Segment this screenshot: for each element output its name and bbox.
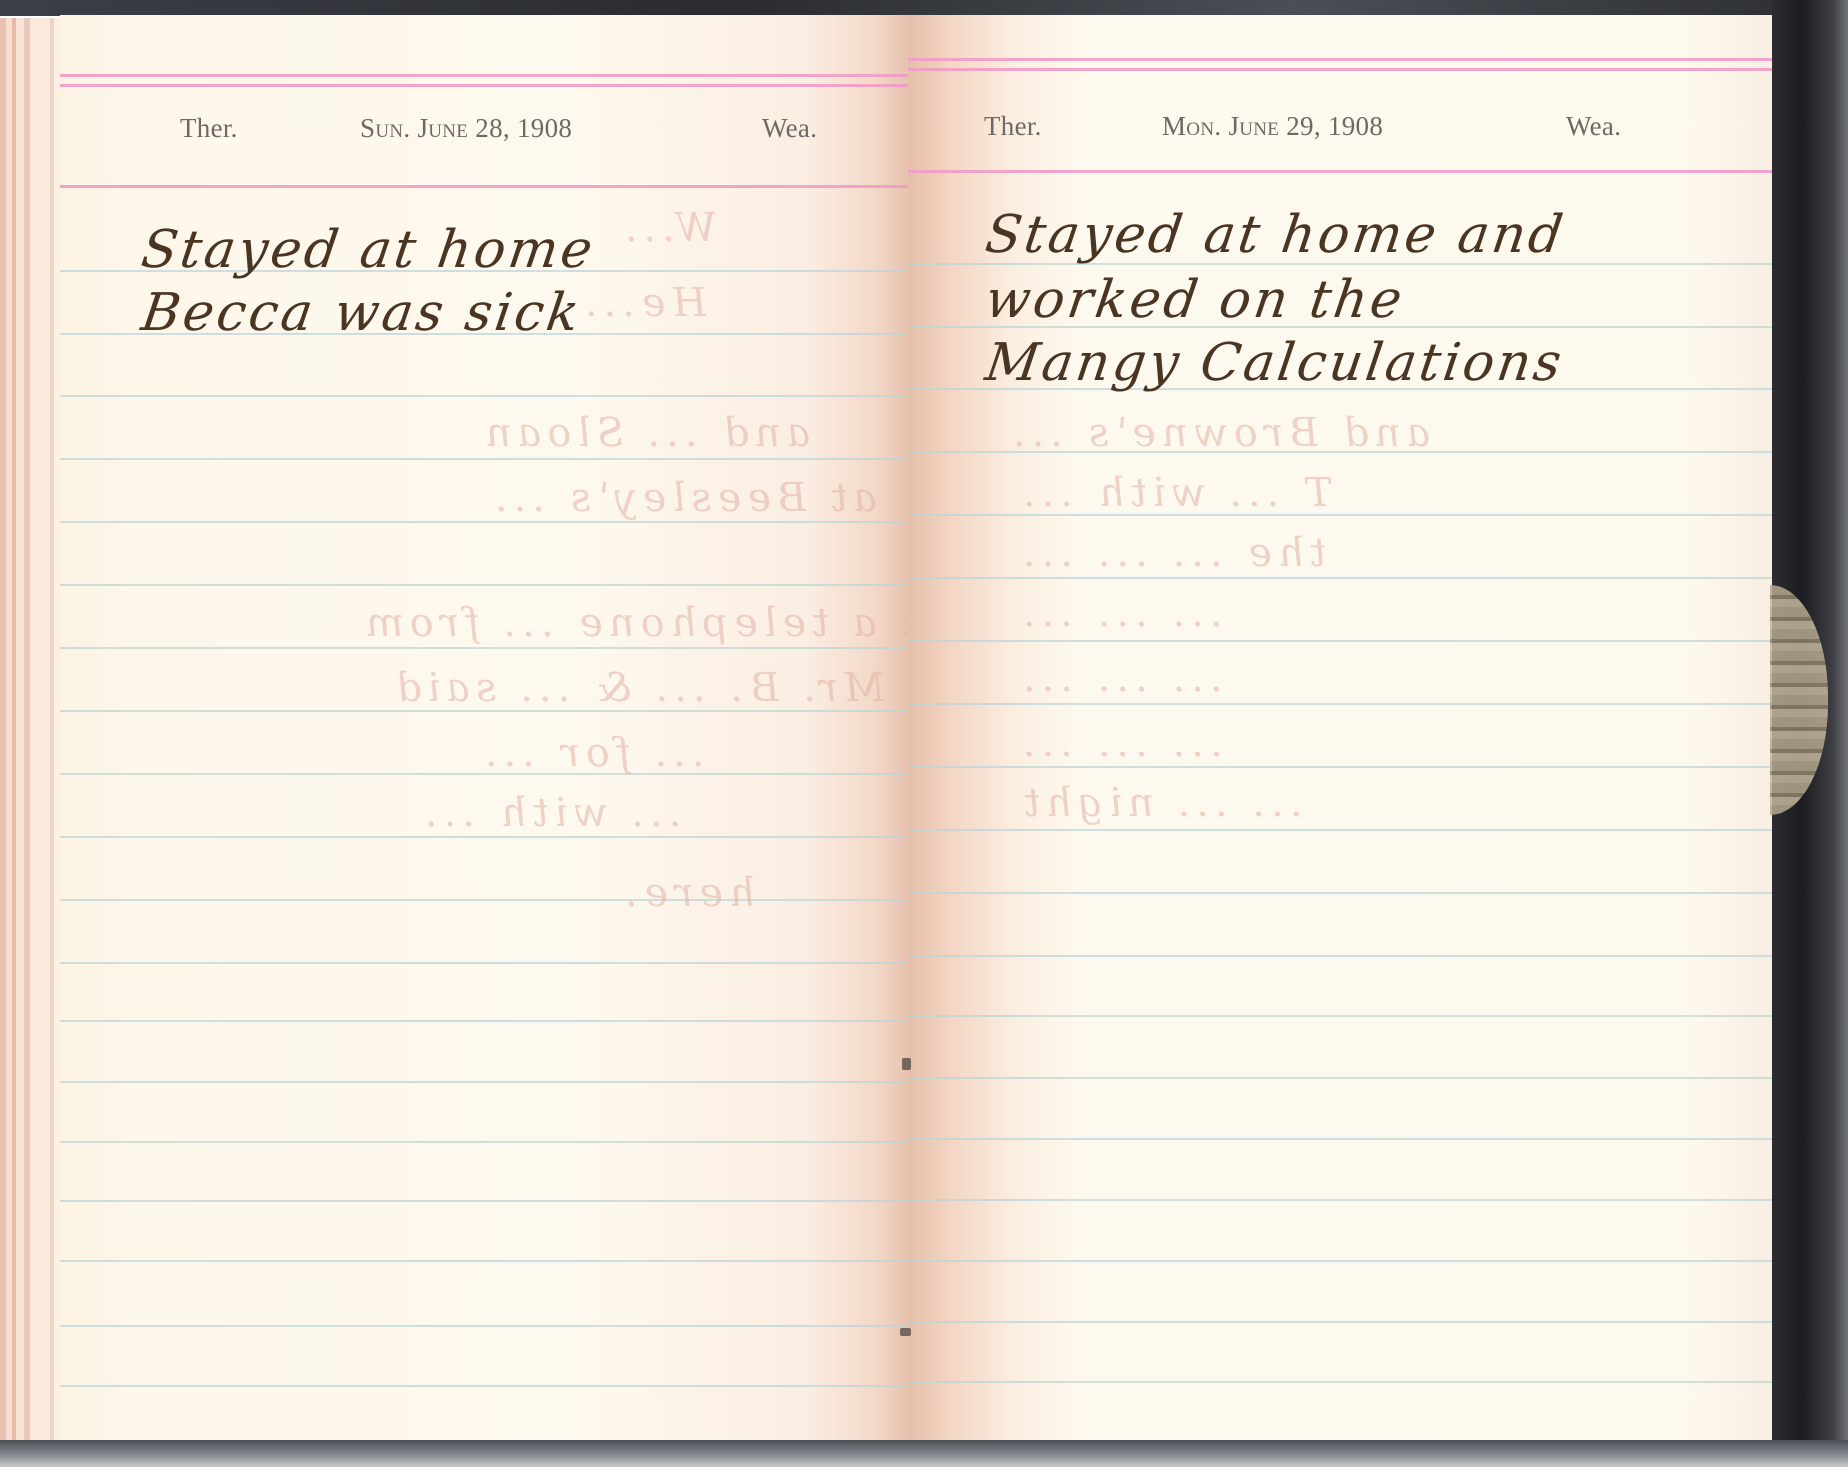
ruled-line [908,1321,1774,1323]
bleed-through-text: T ... with ... [1016,470,1335,516]
ruled-line [60,458,908,460]
ruled-line [908,640,1774,642]
ruled-line [908,1381,1774,1383]
ther-label: Ther. [180,113,238,144]
ruled-line [908,1077,1774,1079]
binding-stitch-mark [902,1058,911,1070]
wea-label: Wea. [1566,111,1621,142]
wea-label: Wea. [762,113,817,144]
ruled-line [908,577,1774,579]
bleed-through-text: He... [578,280,710,326]
header-underline-rule [60,185,908,188]
ruled-line [908,955,1774,957]
bleed-through-text: W... [618,205,719,251]
ruled-line [60,521,908,523]
header-double-rule-bottom [60,84,908,87]
ruled-line [60,1020,908,1022]
ruled-line [908,829,1774,831]
handwritten-entry-line: Mangy Calculations [982,333,1568,393]
header-double-rule-top [60,74,908,77]
handwritten-entry-line: worked on the [982,270,1409,330]
bleed-through-text: Mr. B. ... & ... said [388,665,888,711]
bleed-through-text: the ... ... ... [1016,530,1329,576]
ruled-line [60,962,908,964]
page-date: Mon. June 29, 1908 [1162,111,1383,142]
left-page: Ther. Sun. June 28, 1908 Wea. W... He...… [60,15,908,1445]
ruled-line [60,836,908,838]
bleed-through-text: here. [618,870,758,916]
ruled-line [908,1199,1774,1201]
ruled-line [60,584,908,586]
page-date: Sun. June 28, 1908 [360,113,572,144]
ruled-line [60,1081,908,1083]
scanner-top-edge [0,0,1848,16]
ruled-line [908,703,1774,705]
ruled-line [60,1325,908,1327]
handwritten-entry-line: Stayed at home [138,220,599,280]
ruled-line [908,892,1774,894]
ruled-line [60,1200,908,1202]
ruled-line [60,899,908,901]
bleed-through-text: ... ... night [1016,780,1307,826]
diary-scan: Ther. Sun. June 28, 1908 Wea. W... He...… [0,0,1848,1479]
ruled-line [60,1260,908,1262]
bleed-through-text: ... for ... [478,730,709,776]
bleed-through-text: at Beesley's ... [488,475,880,521]
binding-stitch-mark [900,1328,911,1336]
ruled-line [908,1260,1774,1262]
header-double-rule-bottom [908,68,1774,71]
ruled-line [908,1015,1774,1017]
handwritten-entry-line: Becca was sick [138,283,586,343]
page-stack-edges [0,18,62,1450]
scanner-bottom-edge [0,1440,1848,1467]
bleed-through-text: ... with ... [418,790,685,836]
right-page: Ther. Mon. June 29, 1908 Wea. and Browne… [908,15,1774,1445]
handwritten-entry-line: Stayed at home and [982,205,1570,265]
bleed-through-text: got a telephone ... from [358,600,908,646]
bleed-through-text: and Browne's ... [1006,410,1433,456]
header-double-rule-top [908,58,1774,61]
bleed-through-text: and ... Sloan [478,410,814,456]
ruled-line [60,1385,908,1387]
ruled-line [908,1138,1774,1140]
ruled-line [60,647,908,649]
ruled-line [60,395,908,397]
ruled-line [60,1141,908,1143]
ruled-line [908,766,1774,768]
header-underline-rule [908,170,1774,173]
bleed-through-text: ... ... ... [1016,720,1227,766]
bleed-through-text: ... ... ... [1016,590,1227,636]
bleed-through-text: ... ... ... [1016,655,1227,701]
ther-label: Ther. [984,111,1042,142]
